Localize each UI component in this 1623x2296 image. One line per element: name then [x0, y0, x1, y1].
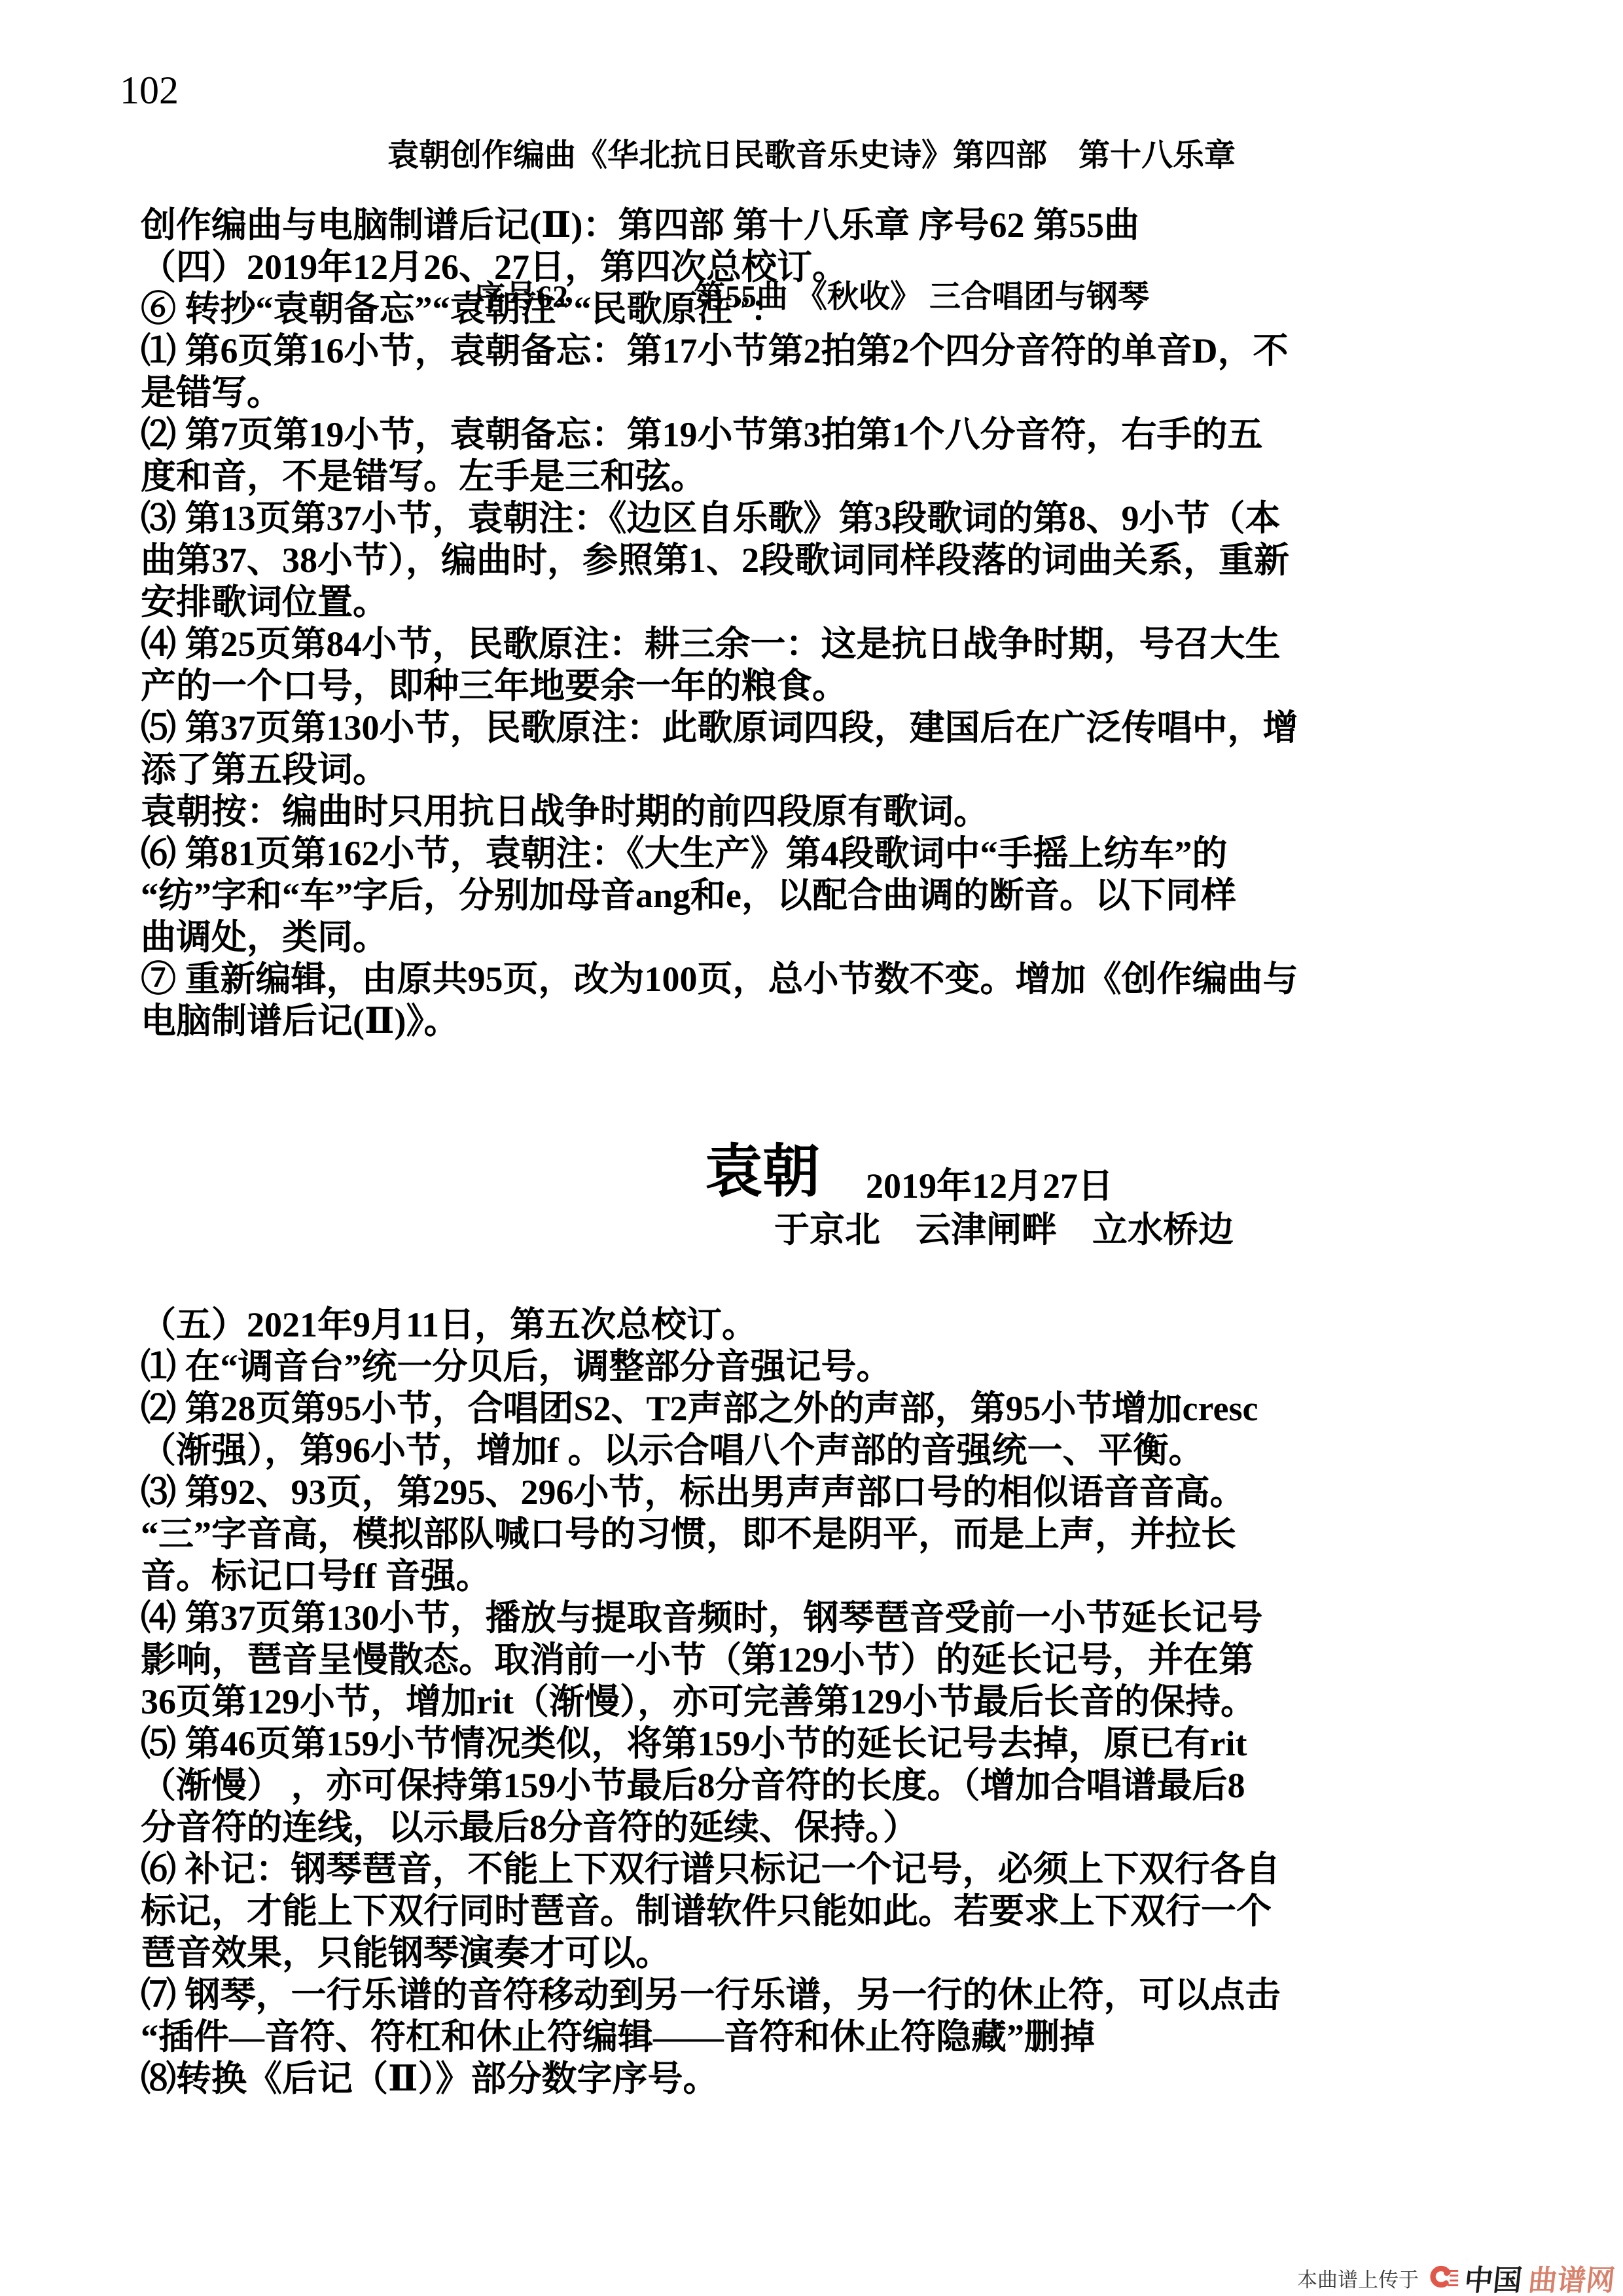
postscript-line: ⑦ 重新编辑，由原共95页，改为100页，总小节数不变。增加《创作编曲与 [141, 958, 1508, 1000]
site-watermark: 本曲谱上传于 中国 曲谱网 [1297, 2257, 1615, 2296]
postscript-line: 度和音，不是错写。左手是三和弦。 [141, 456, 1508, 497]
postscript-line: 产的一个口号，即种三年地要余一年的粮食。 [141, 665, 1508, 707]
postscript-line: ⑸ 第46页第159小节情况类似，将第159小节的延长记号去掉，原已有rit [141, 1723, 1508, 1765]
postscript-line: ⑻转换《后记（Ⅱ）》部分数字序号。 [141, 2058, 1508, 2100]
postscript-line: 琶音效果，只能钢琴演奏才可以。 [141, 1932, 1508, 1974]
signature-place: 于京北 云津闸畔 立水桥边 [774, 1207, 1508, 1253]
postscript-line: 电脑制谱后记(Ⅱ)》。 [141, 1000, 1508, 1042]
postscript-line: ⑵ 第28页第95小节，合唱团S2、T2声部之外的声部，第95小节增加cresc [141, 1388, 1508, 1429]
postscript-line: ⑴ 第6页第16小节，袁朝备忘：第17小节第2拍第2个四分音符的单音D，不 [141, 330, 1508, 372]
postscript-line: ⑹ 第81页第162小节，袁朝注：《大生产》第4段歌词中“手摇上纺车”的 [141, 833, 1508, 874]
postscript-line: （五）2021年9月11日，第五次总校订。 [141, 1304, 1508, 1346]
signature-date: 2019年12月27日 [866, 1165, 1113, 1207]
signature-line: 袁朝2019年12月27日 [705, 1139, 1508, 1207]
postscript-line: ⑷ 第25页第84小节，民歌原注：耕三余一：这是抗日战争时期，号召大生 [141, 623, 1508, 665]
postscript-line: （渐强），第96小节，增加f 。以示合唱八个声部的音强统一、平衡。 [141, 1429, 1508, 1471]
postscript-line: ⑺ 钢琴，一行乐谱的音符移动到另一行乐谱，另一行的休止符，可以点击 [141, 1974, 1508, 2016]
postscript-line: 袁朝按：编曲时只用抗日战争时期的前四段原有歌词。 [141, 791, 1508, 833]
postscript-line: ⑴ 在“调音台”统一分贝后，调整部分音强记号。 [141, 1346, 1508, 1388]
document-page: 102 袁朝创作编曲《华北抗日民歌音乐史诗》第四部 第十八乐章 序号62 第55… [0, 0, 1623, 2296]
signature-name: 袁朝 [705, 1139, 820, 1207]
watermark-prefix: 本曲谱上传于 [1297, 2263, 1419, 2293]
postscript-line: “纺”字和“车”字后，分别加母音ang和e，以配合曲调的断音。以下同样 [141, 874, 1508, 916]
postscript-line: ⑷ 第37页第130小节，播放与提取音频时，钢琴琶音受前一小节延长记号 [141, 1597, 1508, 1639]
postscript-line: 36页第129小节，增加rit（渐慢），亦可完善第129小节最后长音的保持。 [141, 1681, 1508, 1723]
qupu-logo-icon [1428, 2264, 1459, 2291]
postscript-line: 分音符的连线，以示最后8分音符的延续、保持。） [141, 1806, 1508, 1848]
postscript-line: “插件—音符、符杠和休止符编辑——音符和休止符隐藏”删掉 [141, 2016, 1508, 2058]
postscript-line: ⑹ 补记：钢琴琶音，不能上下双行谱只标记一个记号，必须上下双行各自 [141, 1848, 1508, 1890]
postscript-line: 安排歌词位置。 [141, 581, 1508, 623]
postscript-line: ⑵ 第7页第19小节，袁朝备忘：第19小节第3拍第1个八分音符，右手的五 [141, 414, 1508, 456]
postscript-line: 创作编曲与电脑制谱后记(Ⅱ)：第四部 第十八乐章 序号62 第55曲 [141, 204, 1508, 246]
postscript-line: ⑸ 第37页第130小节，民歌原注：此歌原词四段，建国后在广泛传唱中，增 [141, 707, 1508, 749]
postscript-line: 影响，琶音呈慢散态。取消前一小节（第129小节）的延长记号，并在第 [141, 1639, 1508, 1681]
postscript-line: 曲第37、38小节），编曲时，参照第1、2段歌词同样段落的词曲关系，重新 [141, 539, 1508, 581]
postscript-text: 创作编曲与电脑制谱后记(Ⅱ)：第四部 第十八乐章 序号62 第55曲 （四）20… [141, 204, 1508, 2100]
brand-name-cn: 中国 [1463, 2257, 1525, 2296]
postscript-line: ⑥ 转抄“袁朝备忘”“袁朝注”“民歌原注”： [141, 288, 1508, 330]
brand-name-site: 曲谱网 [1527, 2257, 1618, 2296]
postscript-line: ⑶ 第13页第37小节，袁朝注：《边区自乐歌》第3段歌词的第8、9小节（本 [141, 497, 1508, 539]
postscript-line: 是错写。 [141, 372, 1508, 414]
postscript-line: （四）2019年12月26、27日，第四次总校订。 [141, 246, 1508, 288]
postscript-line: 添了第五段词。 [141, 749, 1508, 791]
postscript-line: “三”字音高，模拟部队喊口号的习惯，即不是阴平，而是上声，并拉长 [141, 1513, 1508, 1555]
postscript-line: ⑶ 第92、93页，第295、296小节，标出男声声部口号的相似语音音高。 [141, 1471, 1508, 1513]
postscript-line: 标记，才能上下双行同时琶音。制谱软件只能如此。若要求上下双行一个 [141, 1890, 1508, 1932]
postscript-line: 音。标记口号ff 音强。 [141, 1555, 1508, 1597]
header-line-1: 袁朝创作编曲《华北抗日民歌音乐史诗》第四部 第十八乐章 [0, 132, 1623, 179]
postscript-line: 曲调处，类同。 [141, 916, 1508, 958]
postscript-line: （渐慢） ，亦可保持第159小节最后8分音符的长度。（增加合唱谱最后8 [141, 1765, 1508, 1806]
